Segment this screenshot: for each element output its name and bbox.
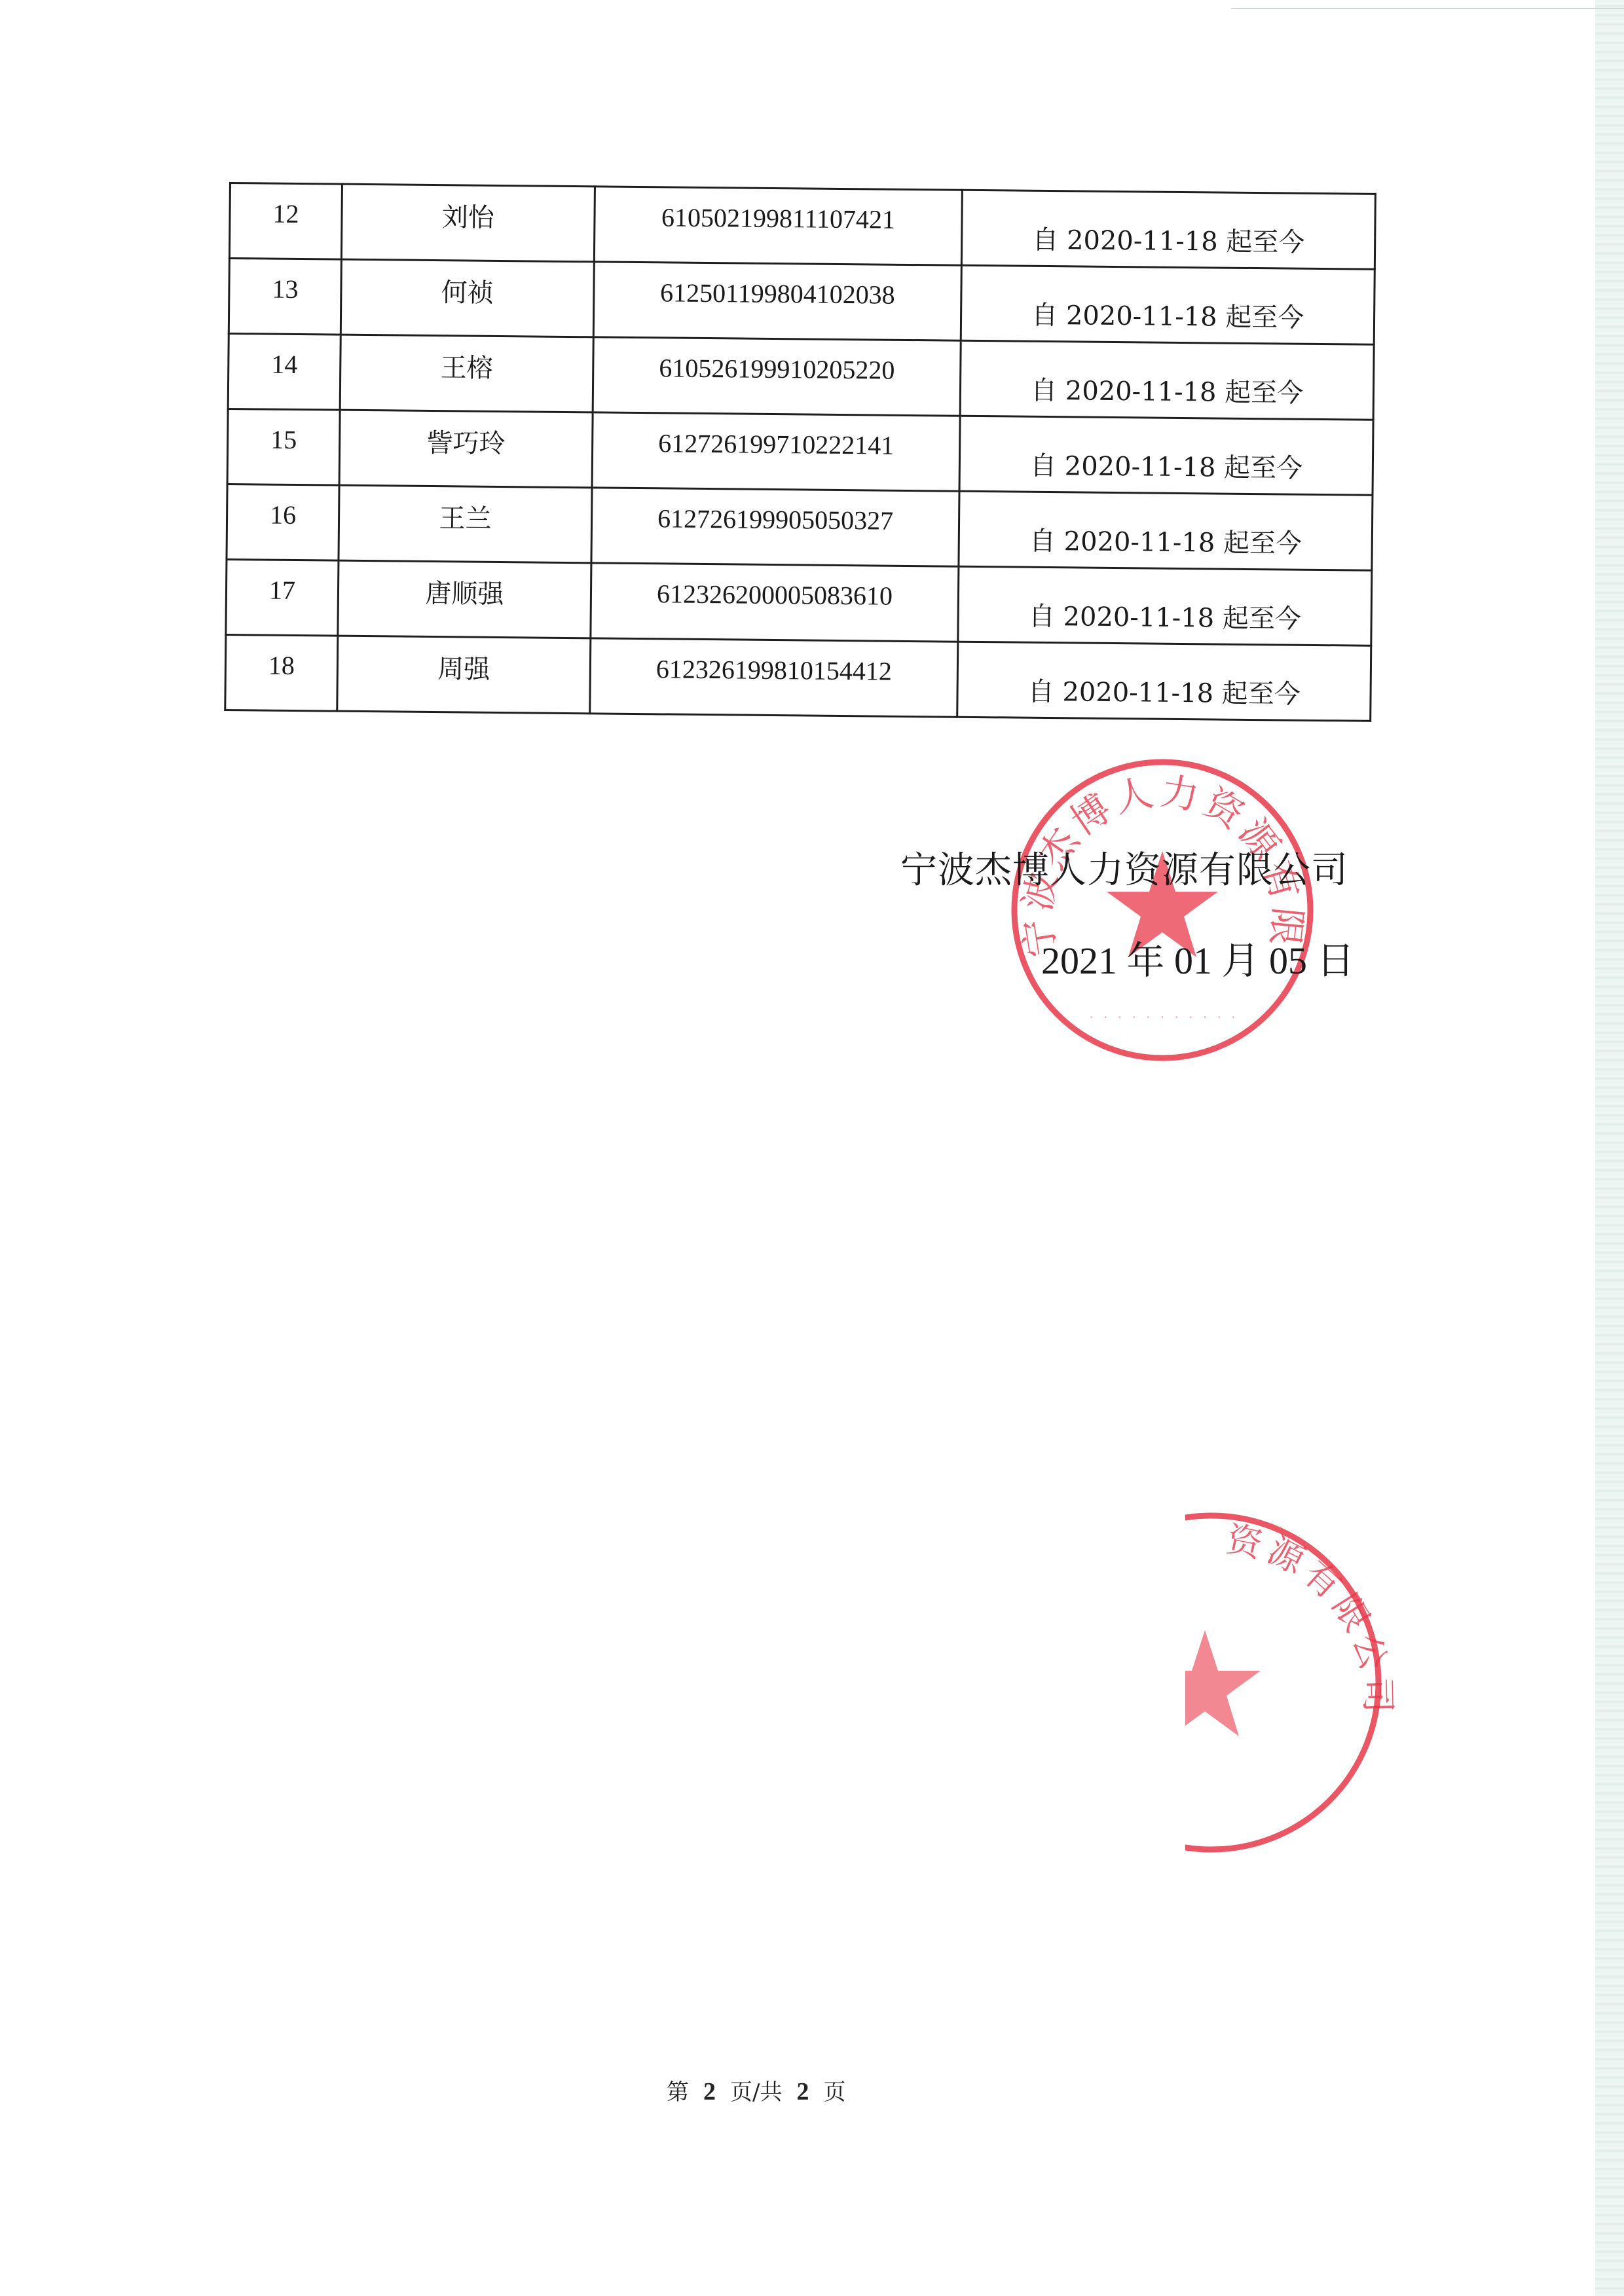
id-number-cell: 612326200005083610 [591, 563, 959, 642]
employee-name-cell: 刘怡 [341, 184, 595, 262]
page-middle: 页/共 [730, 2079, 782, 2105]
employee-name: 唐顺强 [425, 572, 504, 610]
row-number-cell: 12 [229, 183, 342, 260]
employment-period: 自 2020-11-18 起至今 [1031, 294, 1304, 334]
row-number: 13 [272, 273, 298, 304]
id-number: 610526199910205220 [659, 352, 895, 385]
employee-name: 何祯 [441, 272, 494, 310]
employment-period-cell: 自 2020-11-18 起至今 [957, 642, 1371, 721]
scan-artifact-line [1231, 8, 1624, 9]
employment-period-cell: 自 2020-11-18 起至今 [961, 340, 1375, 420]
employee-name-cell: 何祯 [341, 259, 594, 337]
id-number-cell: 612726199710222141 [592, 412, 961, 491]
signature-date: 2021 年 01 月 05 日 [1041, 930, 1355, 985]
employment-period: 自 2020-11-18 起至今 [1029, 520, 1302, 560]
id-number: 612326199810154412 [656, 653, 892, 686]
employment-period-cell: 自 2020-11-18 起至今 [959, 491, 1373, 570]
row-number-cell: 16 [227, 484, 339, 560]
id-number-cell: 612726199905050327 [591, 488, 960, 566]
employment-period-cell: 自 2020-11-18 起至今 [959, 416, 1373, 495]
employee-table: 12刘怡610502199811107421自 2020-11-18 起至今13… [224, 182, 1376, 722]
total-pages: 2 [796, 2078, 809, 2105]
row-number: 14 [271, 348, 297, 379]
partial-seal: 资源有限公司 [1185, 1506, 1434, 1872]
id-number-cell: 612326199810154412 [589, 638, 958, 717]
table-row: 17唐顺强612326200005083610自 2020-11-18 起至今 [226, 559, 1372, 646]
id-number: 612726199710222141 [658, 428, 894, 460]
table-row: 15訾巧玲612726199710222141自 2020-11-18 起至今 [227, 409, 1373, 495]
table-row: 18周强612326199810154412自 2020-11-18 起至今 [225, 634, 1371, 721]
employment-period: 自 2020-11-18 起至今 [1032, 219, 1305, 259]
row-number: 17 [269, 574, 295, 605]
employment-period: 自 2020-11-18 起至今 [1030, 445, 1303, 484]
svg-text:· · · · · · · · · · ·: · · · · · · · · · · · [1088, 1011, 1237, 1025]
svg-text:资源有限公司: 资源有限公司 [1223, 1518, 1399, 1719]
page-suffix: 页 [823, 2079, 845, 2105]
id-number-cell: 610502199811107421 [594, 187, 963, 265]
row-number-cell: 17 [226, 559, 339, 636]
row-number: 16 [270, 499, 296, 530]
employee-name: 王榕 [440, 347, 493, 385]
current-page: 2 [703, 2078, 716, 2105]
employment-period: 自 2020-11-18 起至今 [1031, 369, 1304, 409]
scan-edge-strip [1595, 0, 1624, 2296]
table-row: 12刘怡610502199811107421自 2020-11-18 起至今 [229, 183, 1375, 270]
table-row: 16王兰612726199905050327自 2020-11-18 起至今 [227, 484, 1373, 570]
employee-name: 周强 [437, 648, 490, 686]
employee-name-cell: 訾巧玲 [339, 410, 593, 488]
id-number-cell: 612501199804102038 [593, 262, 962, 340]
employment-period-cell: 自 2020-11-18 起至今 [958, 566, 1372, 646]
row-number-cell: 13 [229, 259, 341, 335]
employee-name: 訾巧玲 [426, 422, 506, 460]
employment-period: 自 2020-11-18 起至今 [1029, 595, 1302, 635]
row-number-cell: 14 [228, 334, 341, 410]
id-number: 612501199804102038 [660, 277, 895, 310]
employee-name-cell: 唐顺强 [338, 560, 591, 638]
row-number: 18 [268, 649, 295, 680]
id-number: 612326200005083610 [657, 578, 893, 611]
employment-period: 自 2020-11-18 起至今 [1028, 670, 1301, 710]
row-number-cell: 18 [225, 634, 338, 711]
id-number-cell: 610526199910205220 [593, 337, 961, 416]
company-name: 宁波杰博人力资源有限公司 [900, 841, 1348, 894]
row-number: 15 [270, 424, 297, 454]
employment-period-cell: 自 2020-11-18 起至今 [962, 190, 1376, 269]
page-number: 第2页/共2页 [667, 2074, 845, 2106]
row-number-cell: 15 [227, 409, 340, 485]
partial-seal-text: 资源有限公司 [1223, 1518, 1399, 1719]
employment-period-cell: 自 2020-11-18 起至今 [961, 265, 1375, 344]
employee-name-cell: 周强 [337, 636, 591, 714]
page-prefix: 第 [667, 2079, 689, 2105]
employee-name-cell: 王榕 [340, 335, 593, 412]
company-seal: 宁波杰博人力资源有限公司 · · · · · · · · · · · [999, 746, 1326, 1074]
star-icon [1185, 1630, 1261, 1736]
table-row: 13何祯612501199804102038自 2020-11-18 起至今 [229, 259, 1375, 345]
id-number: 612726199905050327 [657, 503, 893, 536]
table-row: 14王榕610526199910205220自 2020-11-18 起至今 [228, 334, 1374, 420]
employee-name-cell: 王兰 [339, 485, 592, 563]
row-number: 12 [272, 198, 299, 228]
employee-name: 王兰 [439, 498, 492, 536]
employee-name: 刘怡 [442, 196, 495, 234]
id-number: 610502199811107421 [661, 202, 895, 234]
